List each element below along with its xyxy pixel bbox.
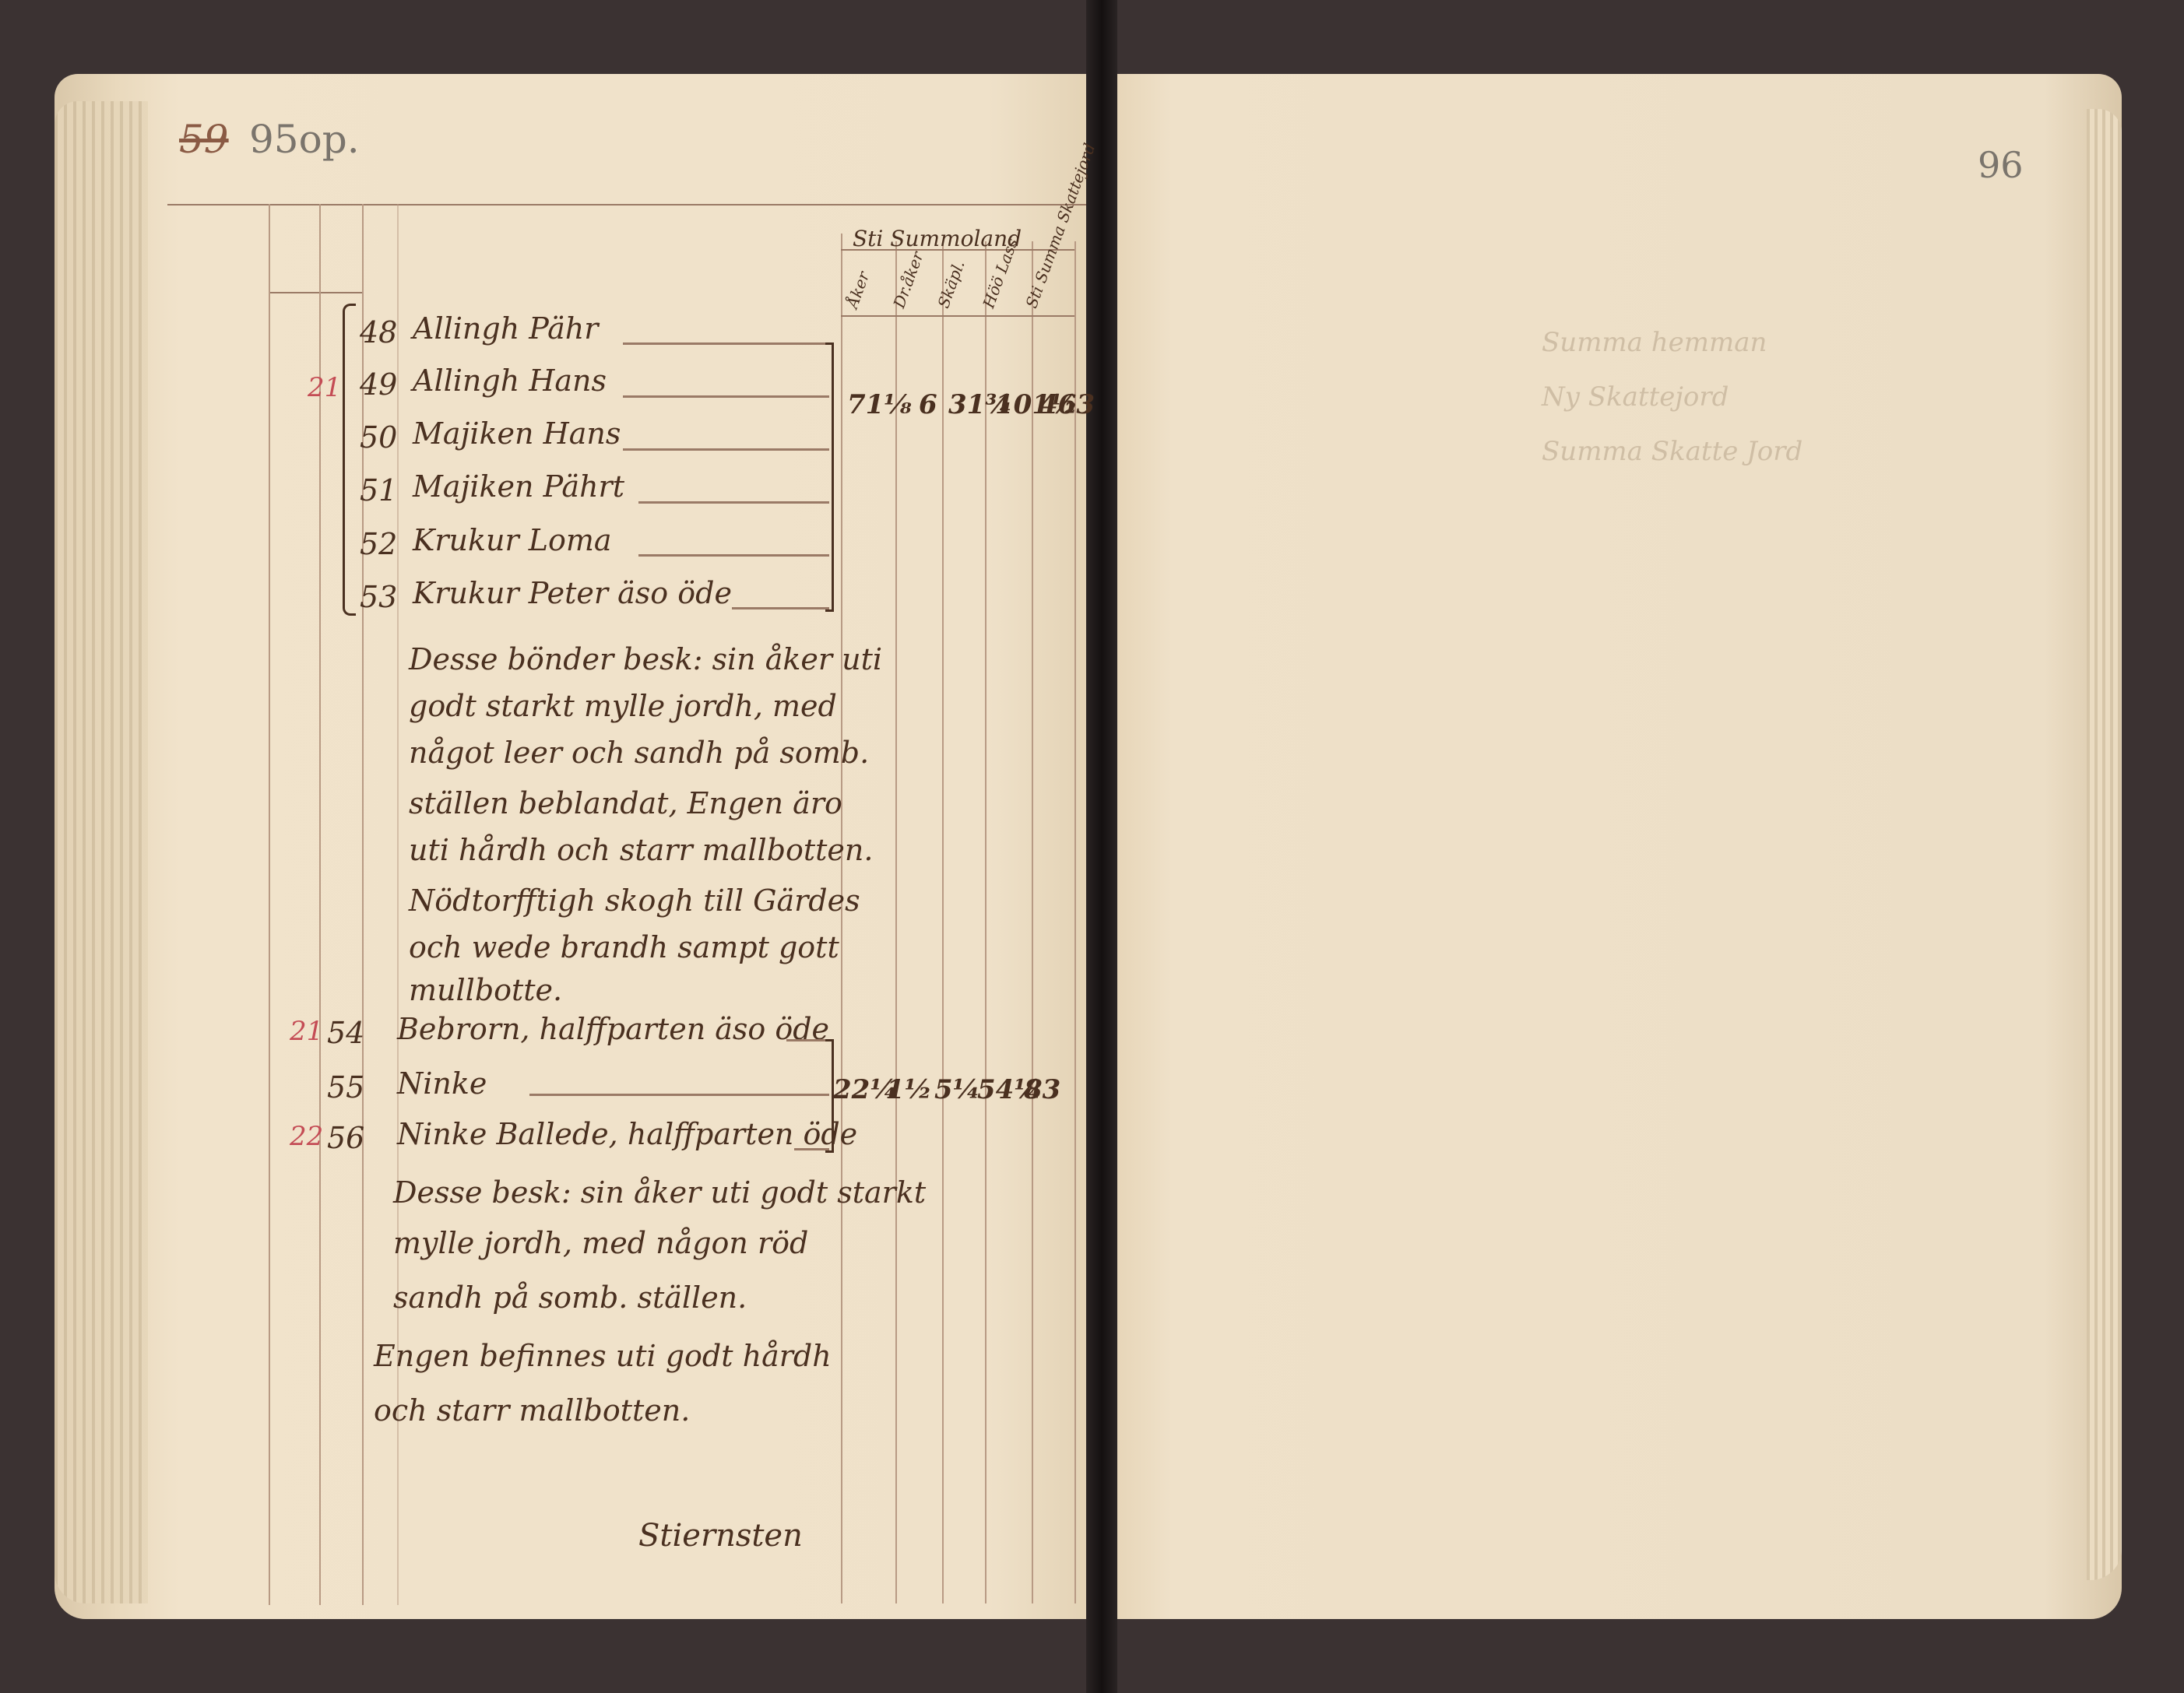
- margin-line-2: [319, 204, 321, 1605]
- entry-name: Krukur Loma: [413, 523, 612, 557]
- value-draker: 1½: [886, 1074, 932, 1105]
- entry-no: 56: [327, 1121, 364, 1155]
- col-line-5: [1032, 241, 1033, 1603]
- folio-pencil-right: 96: [1978, 144, 2024, 186]
- leader-line: [638, 554, 829, 557]
- note-line: och starr mallbotten.: [374, 1393, 690, 1428]
- top-rule: [167, 204, 1086, 205]
- note-line: Engen befinnes uti godt hårdh: [374, 1339, 832, 1373]
- bleedthrough-text: Ny Skattejord: [1542, 381, 1729, 413]
- group1-marker: 21: [308, 372, 341, 403]
- group1-bracket: [343, 304, 356, 616]
- col-line-3: [942, 241, 944, 1603]
- right-page-edges: [2087, 109, 2122, 1580]
- note-line: och wede brandh sampt gott: [409, 930, 839, 964]
- note-line: ställen beblandat, Engen äro: [409, 786, 842, 820]
- value-skapl: 5¼: [934, 1074, 980, 1105]
- leader-line: [623, 448, 829, 451]
- col-line-2: [895, 241, 897, 1603]
- note-line: sandh på somb. ställen.: [393, 1280, 747, 1315]
- value-aker: 71⅛: [847, 389, 912, 420]
- entry-no: 48: [360, 315, 397, 349]
- note-line: Desse bönder besk: sin åker uti: [409, 642, 882, 676]
- entry-no: 50: [360, 420, 397, 455]
- entry-name: Ninke Ballede, halffparten öde: [397, 1117, 857, 1151]
- entry-no: 49: [360, 367, 397, 402]
- note-line: mullbotte.: [409, 973, 562, 1007]
- note-line: något leer och sandh på somb.: [409, 736, 869, 770]
- leader-line: [529, 1094, 829, 1096]
- entry-no: 51: [360, 473, 397, 508]
- note-line: mylle jordh, med någon röd: [393, 1226, 808, 1260]
- entry-no: 53: [360, 580, 397, 614]
- left-page-edges: [55, 101, 148, 1603]
- leader-line: [623, 342, 829, 345]
- col-line-4: [985, 241, 986, 1603]
- group1-right-bracket: [825, 342, 834, 612]
- right-page: [1110, 74, 2122, 1619]
- group2-marker-b: 22: [290, 1121, 323, 1152]
- value-summa: 463: [1039, 389, 1095, 420]
- note-line: Desse besk: sin åker uti godt starkt: [393, 1175, 926, 1210]
- entry-no: 55: [327, 1070, 364, 1105]
- note-line: uti hårdh och starr mallbotten.: [409, 833, 873, 867]
- leader-line: [794, 1148, 829, 1150]
- entry-name: Bebrorn, halffparten äso öde: [397, 1012, 829, 1046]
- col-line-6: [1074, 241, 1076, 1603]
- margin-rule: [269, 292, 362, 293]
- entry-name: Allingh Pähr: [413, 311, 598, 346]
- leader-line: [732, 607, 829, 609]
- entry-name: Krukur Peter äso öde: [413, 576, 732, 610]
- margin-line-3: [362, 204, 364, 1605]
- value-summa: 83: [1024, 1074, 1060, 1105]
- bleedthrough-text: Summa Skatte Jord: [1542, 436, 1802, 467]
- folio-old: 59: [179, 117, 229, 162]
- note-line: godt starkt mylle jordh, med: [409, 689, 837, 723]
- col-group-title: Sti Summoland: [853, 226, 1022, 251]
- margin-line-1: [269, 204, 270, 1605]
- value-draker: 6: [919, 389, 937, 420]
- folio-pencil-left: 95op.: [249, 117, 360, 162]
- entry-name: Majiken Hans: [413, 416, 621, 451]
- bleedthrough-text: Summa hemman: [1542, 327, 1767, 358]
- entry-name: Majiken Pährt: [413, 469, 624, 504]
- entry-no: 52: [360, 527, 397, 561]
- leader-line: [623, 395, 829, 398]
- note-line: Nödtorfftigh skogh till Gärdes: [409, 883, 860, 918]
- entry-no: 54: [327, 1016, 364, 1050]
- signature: Stiernsten: [638, 1518, 803, 1554]
- leader-line: [638, 501, 829, 504]
- group2-marker-a: 21: [290, 1016, 323, 1047]
- entry-name: Allingh Hans: [413, 364, 607, 398]
- header-rule-2: [841, 315, 1074, 317]
- book-spine: [1086, 0, 1117, 1693]
- col-line-1: [841, 234, 842, 1603]
- leader-line: [786, 1039, 829, 1041]
- entry-name: Ninke: [397, 1066, 487, 1101]
